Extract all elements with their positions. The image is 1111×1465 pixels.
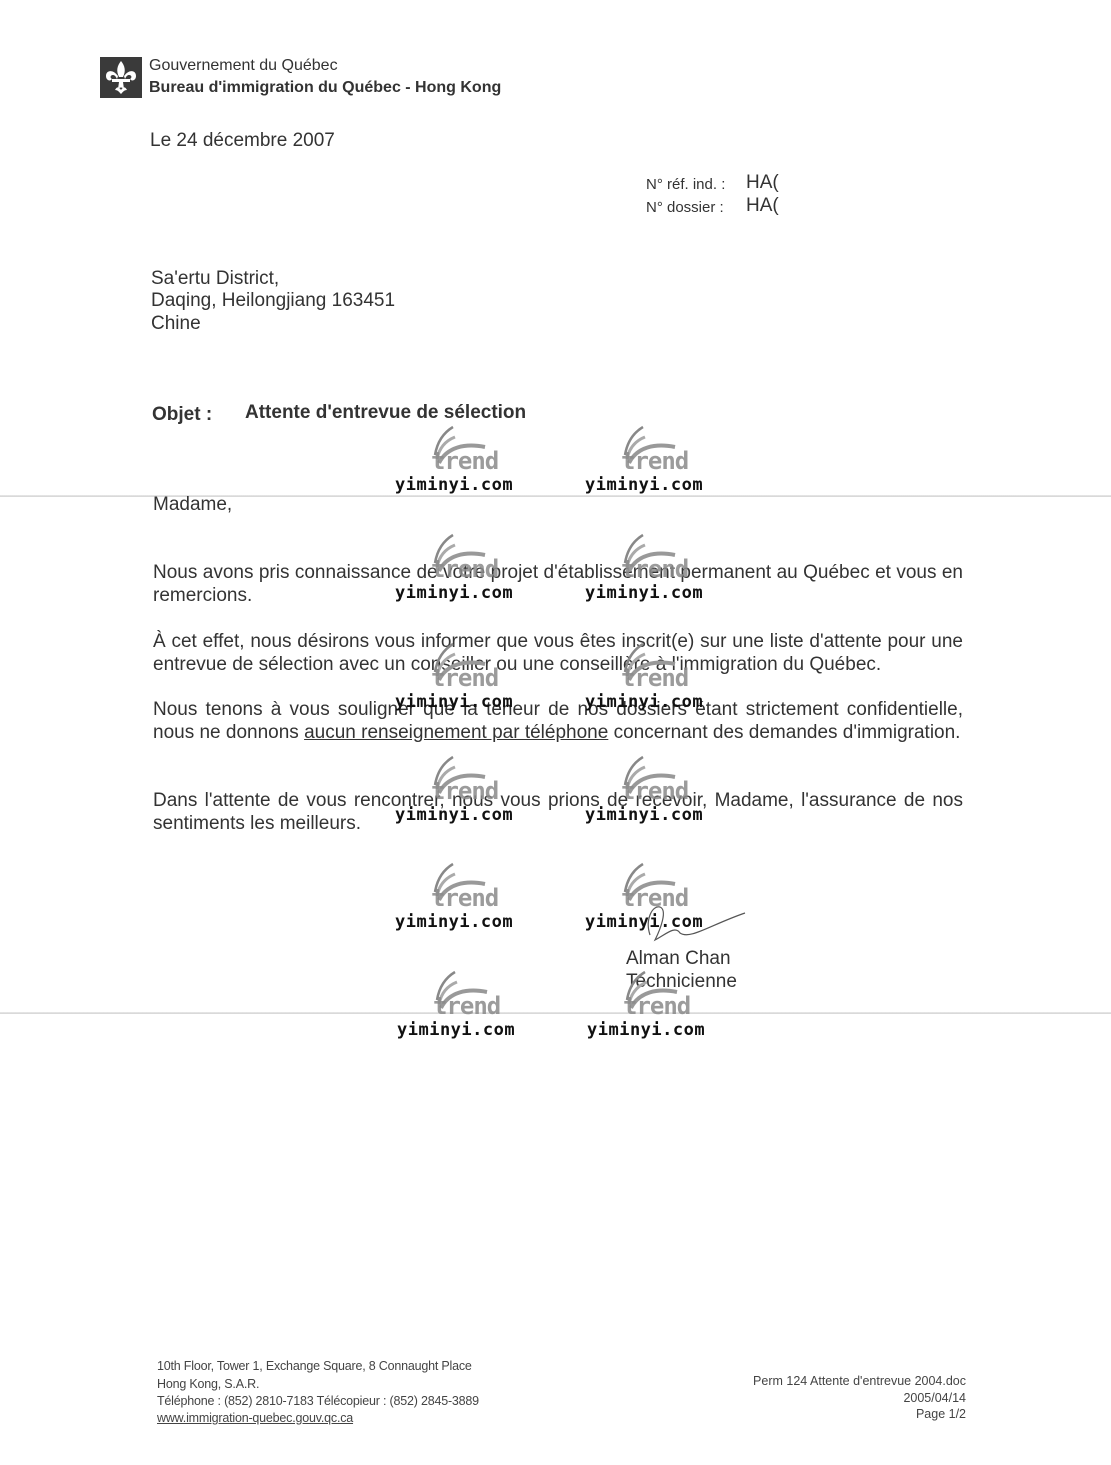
body-paragraph-2: À cet effet, nous désirons vous informer… — [153, 630, 963, 676]
paragraph-text: concernant des demandes d'immigration. — [608, 722, 960, 743]
salutation: Madame, — [153, 494, 232, 516]
footer-phones: Téléphone : (852) 2810-7183 Télécopieur … — [157, 1394, 479, 1408]
watermark: trendyiminyi.com — [395, 862, 535, 932]
footer-document-name: Perm 124 Attente d'entrevue 2004.doc — [753, 1374, 966, 1388]
watermark-logo-text: trend — [621, 447, 688, 475]
footer-address-1: 10th Floor, Tower 1, Exchange Square, 8 … — [157, 1359, 472, 1373]
watermark-site: yiminyi.com — [585, 475, 703, 495]
address-line-3: Chine — [151, 313, 201, 335]
government-name: Gouvernement du Québec — [149, 57, 338, 75]
trend-swoosh-icon — [615, 425, 685, 475]
bureau-name: Bureau d'immigration du Québec - Hong Ko… — [149, 79, 501, 97]
body-paragraph-4: Dans l'attente de vous rencontrer, nous … — [153, 789, 963, 835]
trend-swoosh-icon — [425, 425, 495, 475]
trend-swoosh-icon — [425, 862, 495, 912]
signatory-title: Technicienne — [626, 971, 737, 993]
underlined-emphasis: aucun renseignement par téléphone — [304, 722, 608, 743]
footer-website-link[interactable]: www.immigration-quebec.gouv.qc.ca — [157, 1411, 353, 1425]
watermark-site: yiminyi.com — [587, 1020, 705, 1040]
footer-document-date: 2005/04/14 — [903, 1391, 966, 1405]
watermark-site: yiminyi.com — [395, 912, 513, 932]
watermark-logo-text: trend — [431, 884, 498, 912]
address-line-2: Daqing, Heilongjiang 163451 — [151, 290, 395, 312]
ref-ind-label: N° réf. ind. : — [646, 176, 725, 193]
handwritten-signature — [630, 895, 750, 950]
watermark-logo-text: trend — [623, 992, 690, 1020]
letter-date: Le 24 décembre 2007 — [150, 130, 335, 152]
watermark-site: yiminyi.com — [395, 475, 513, 495]
watermark-site: yiminyi.com — [397, 1020, 515, 1040]
footer-page-number: Page 1/2 — [916, 1407, 966, 1421]
body-paragraph-1: Nous avons pris connaissance de votre pr… — [153, 561, 963, 607]
fleur-de-lis-icon — [100, 57, 142, 98]
watermark-logo-text: trend — [433, 992, 500, 1020]
watermark: trendyiminyi.com — [397, 970, 537, 1040]
body-paragraph-3: Nous tenons à vous souligner que la tene… — [153, 698, 963, 744]
dossier-label: N° dossier : — [646, 199, 724, 216]
address-line-1: Sa'ertu District, — [151, 268, 279, 290]
paper-fold-line — [0, 1012, 1111, 1014]
subject-label: Objet : — [152, 404, 212, 426]
signatory-name: Alman Chan — [626, 948, 731, 970]
ref-ind-value: HA( — [746, 172, 779, 194]
subject-text: Attente d'entrevue de sélection — [245, 402, 526, 424]
watermark-logo-text: trend — [431, 447, 498, 475]
watermark: trendyiminyi.com — [585, 425, 725, 495]
footer-address-2: Hong Kong, S.A.R. — [157, 1377, 259, 1391]
watermark: trendyiminyi.com — [395, 425, 535, 495]
dossier-value: HA( — [746, 195, 779, 217]
